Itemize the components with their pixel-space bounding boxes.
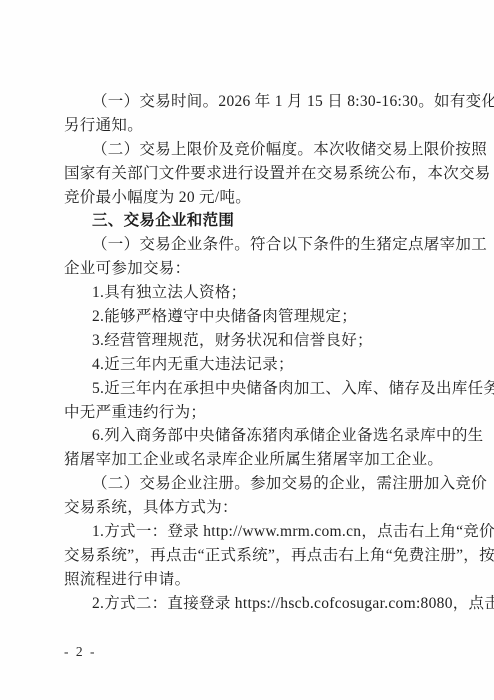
text-line: 另行通知。 bbox=[64, 114, 440, 138]
text-line: 2.能够严格遵守中央储备肉管理规定； bbox=[64, 305, 440, 329]
text-line: 交易系统，具体方式为： bbox=[64, 496, 440, 520]
text-line: 5.近三年内在承担中央储备肉加工、入库、储存及出库任务 bbox=[64, 377, 440, 401]
text-line: （二）交易上限价及竞价幅度。本次收储交易上限价按照 bbox=[64, 138, 440, 162]
text-line: （一）交易时间。2026 年 1 月 15 日 8:30-16:30。如有变化， bbox=[64, 90, 440, 114]
text-line: 3.经营管理规范，财务状况和信誉良好； bbox=[64, 329, 440, 353]
text-line: （二）交易企业注册。参加交易的企业，需注册加入竞价 bbox=[64, 472, 440, 496]
text-line: 6.列入商务部中央储备冻猪肉承储企业备选名录库中的生 bbox=[64, 424, 440, 448]
document-page: （一）交易时间。2026 年 1 月 15 日 8:30-16:30。如有变化，… bbox=[0, 0, 494, 700]
text-line: 中无严重违约行为； bbox=[64, 401, 440, 425]
text-line: 照流程进行申请。 bbox=[64, 568, 440, 592]
text-line: 1.方式一：登录 http://www.mrm.com.cn，点击右上角“竞价 bbox=[64, 520, 440, 544]
text-line: 4.近三年内无重大违法记录； bbox=[64, 353, 440, 377]
text-line: 国家有关部门文件要求进行设置并在交易系统公布，本次交易 bbox=[64, 162, 440, 186]
document-body: （一）交易时间。2026 年 1 月 15 日 8:30-16:30。如有变化，… bbox=[64, 90, 440, 616]
section-heading: 三、交易企业和范围 bbox=[64, 209, 440, 233]
text-line: 交易系统”，再点击“正式系统”，再点击右上角“免费注册”，按 bbox=[64, 544, 440, 568]
text-line: 1.具有独立法人资格； bbox=[64, 281, 440, 305]
text-line: （一）交易企业条件。符合以下条件的生猪定点屠宰加工 bbox=[64, 233, 440, 257]
page-number: - 2 - bbox=[64, 644, 97, 660]
text-line: 竞价最小幅度为 20 元/吨。 bbox=[64, 186, 440, 210]
text-line: 企业可参加交易： bbox=[64, 257, 440, 281]
text-line: 猪屠宰加工企业或名录库企业所属生猪屠宰加工企业。 bbox=[64, 448, 440, 472]
text-line: 2.方式二：直接登录 https://hscb.cofcosugar.com:8… bbox=[64, 592, 440, 616]
